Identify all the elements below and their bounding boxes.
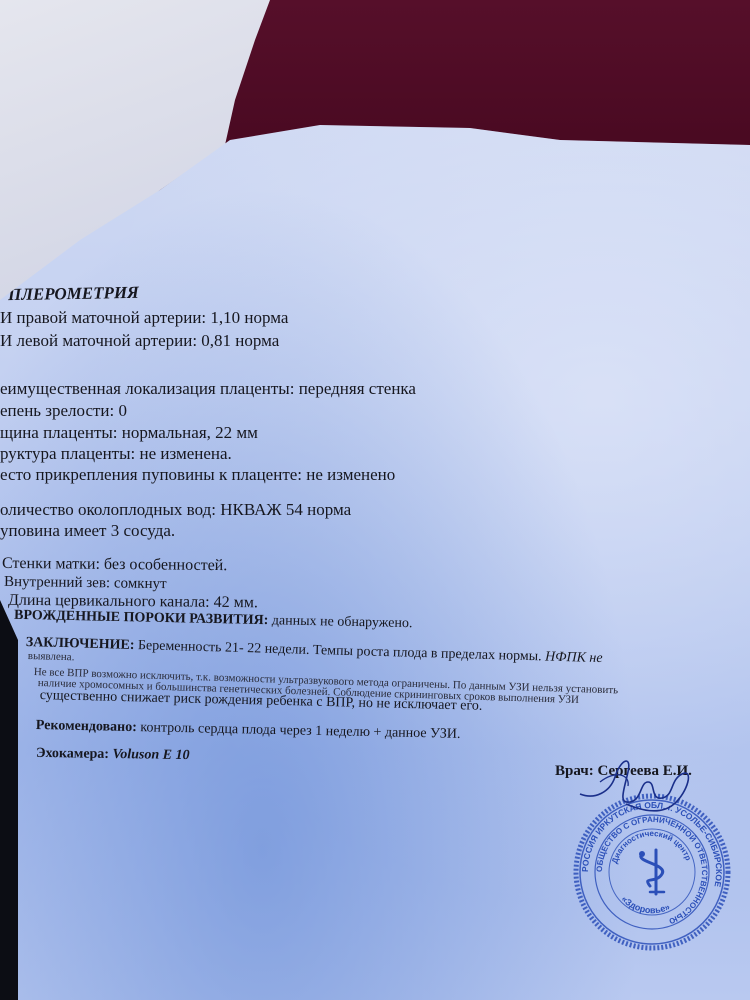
cord-attachment: есто прикрепления пуповины к плаценте: н… — [0, 465, 395, 485]
recommendation-label: Рекомендовано: — [36, 718, 137, 735]
right-uterine-artery: И правой маточной артерии: 1,10 норма — [0, 308, 288, 328]
internal-os: Внутренний зев: сомкнут — [4, 574, 167, 593]
dark-edge — [0, 600, 18, 1000]
recommendation-value: контроль сердца плода через 1 неделю + д… — [140, 720, 460, 742]
placenta-structure: руктура плаценты: не изменена. — [0, 444, 232, 464]
stamp-inner-text: Диагностический центр — [610, 829, 693, 865]
svg-text:Диагностический центр: Диагностический центр — [610, 829, 693, 865]
conclusion-value: Беременность 21- 22 недели. Темпы роста … — [138, 638, 546, 664]
malformations-row: ВРОЖДЕННЫЕ ПОРОКИ РАЗВИТИЯ: данных не об… — [14, 608, 413, 632]
placenta-maturity: епень зрелости: 0 — [0, 401, 127, 421]
cord-vessels: уповина имеет 3 сосуда. — [0, 521, 175, 541]
malformations-value: данных не обнаружено. — [272, 613, 413, 631]
conclusion-nfpk: НФПК не — [545, 650, 603, 667]
device-value: Voluson E 10 — [112, 747, 189, 763]
caduceus-icon — [639, 850, 664, 894]
placenta-localization: еимущественная локализация плаценты: пер… — [0, 379, 416, 399]
left-uterine-artery: И левой маточной артерии: 0,81 норма — [0, 331, 279, 351]
stamp-center-name: «Здоровье» — [620, 894, 672, 915]
device-label: Эхокамера: — [36, 746, 109, 762]
placenta-thickness: щина плаценты: нормальная, 22 мм — [0, 423, 258, 443]
doppler-heading: ПЛЕРОМЕТРИЯ — [8, 283, 139, 305]
svg-text:«Здоровье»: «Здоровье» — [620, 894, 672, 915]
conclusion-line2: выявлена. — [28, 650, 75, 663]
device-row: Эхокамера: Voluson E 10 — [36, 746, 190, 764]
uterine-walls: Стенки матки: без особенностей. — [2, 555, 227, 575]
conclusion-row: ЗАКЛЮЧЕНИЕ: Беременность 21- 22 недели. … — [26, 635, 603, 667]
doctor-signature — [570, 752, 710, 822]
amniotic-fluid: оличество околоплодных вод: НКВАЖ 54 нор… — [0, 500, 351, 520]
recommendation-row: Рекомендовано: контроль сердца плода чер… — [36, 718, 461, 743]
